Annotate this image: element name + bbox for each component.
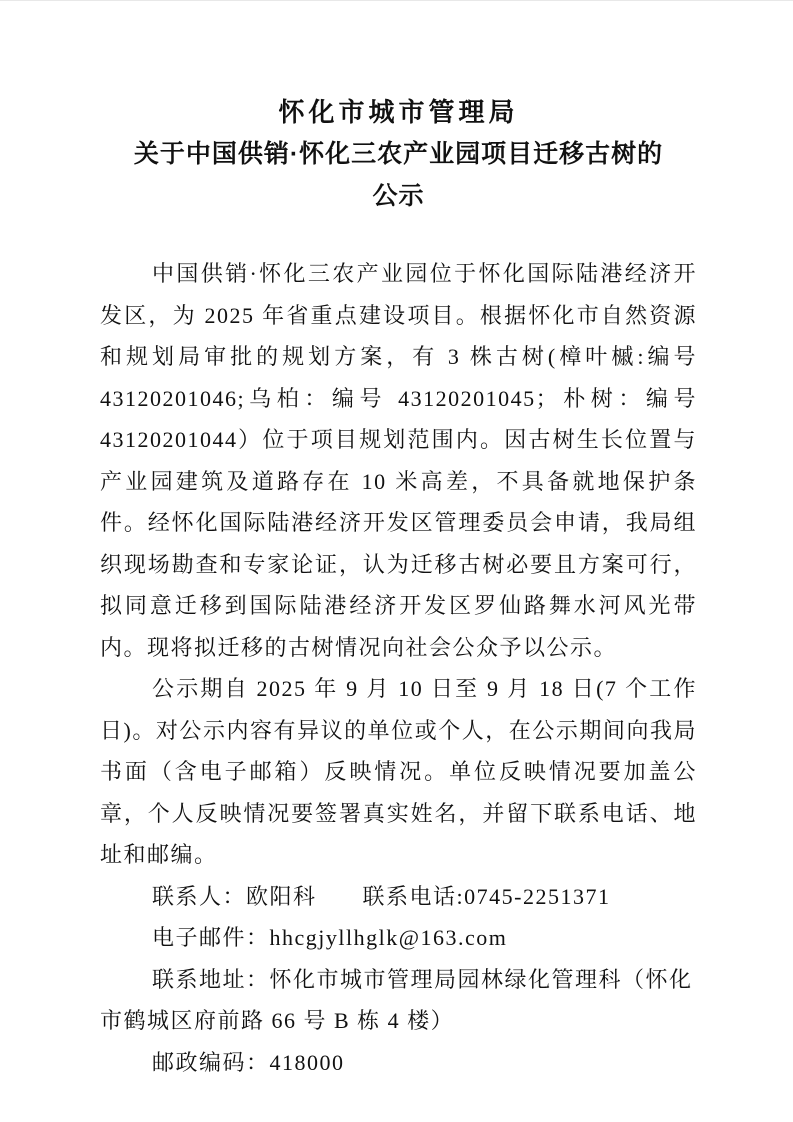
notice-document-page: 怀化市城市管理局 关于中国供销·怀化三农产业园项目迁移古树的 公示 中国供销·怀… — [0, 0, 793, 1122]
contact-person-label: 联系人： — [152, 884, 246, 909]
title-org-name: 怀化市城市管理局 — [100, 91, 697, 133]
contact-email-value: hhcgjyllhglk@163.com — [270, 925, 508, 950]
contact-phone-label: 联系电话: — [363, 884, 465, 909]
title-subject-line-1: 关于中国供销·怀化三农产业园项目迁移古树的 — [100, 133, 697, 175]
contact-line-person-phone: 联系人：欧阳科联系电话:0745-2251371 — [100, 876, 697, 918]
contact-postcode-label: 邮政编码： — [152, 1050, 270, 1075]
contact-line-email: 电子邮件：hhcgjyllhglk@163.com — [100, 917, 697, 959]
contact-person-value: 欧阳科 — [246, 884, 317, 909]
contact-address-label: 联系地址： — [152, 967, 270, 992]
contact-phone-value: 0745-2251371 — [464, 884, 610, 909]
contact-postcode-value: 418000 — [270, 1050, 345, 1075]
contact-email-label: 电子邮件： — [152, 925, 270, 950]
title-subject-line-2: 公示 — [100, 175, 697, 217]
paragraph-project-description: 中国供销·怀化三农产业园位于怀化国际陆港经济开发区，为 2025 年省重点建设项… — [100, 253, 697, 668]
paragraph-public-notice-period: 公示期自 2025 年 9 月 10 日至 9 月 18 日(7 个工作日)。对… — [100, 668, 697, 876]
contact-line-address: 联系地址：怀化市城市管理局园林绿化管理科（怀化市鹤城区府前路 66 号 B 栋 … — [100, 959, 697, 1042]
document-body: 中国供销·怀化三农产业园位于怀化国际陆港经济开发区，为 2025 年省重点建设项… — [100, 253, 697, 1083]
document-title: 怀化市城市管理局 关于中国供销·怀化三农产业园项目迁移古树的 公示 — [100, 91, 697, 217]
contact-line-postcode: 邮政编码：418000 — [100, 1042, 697, 1084]
